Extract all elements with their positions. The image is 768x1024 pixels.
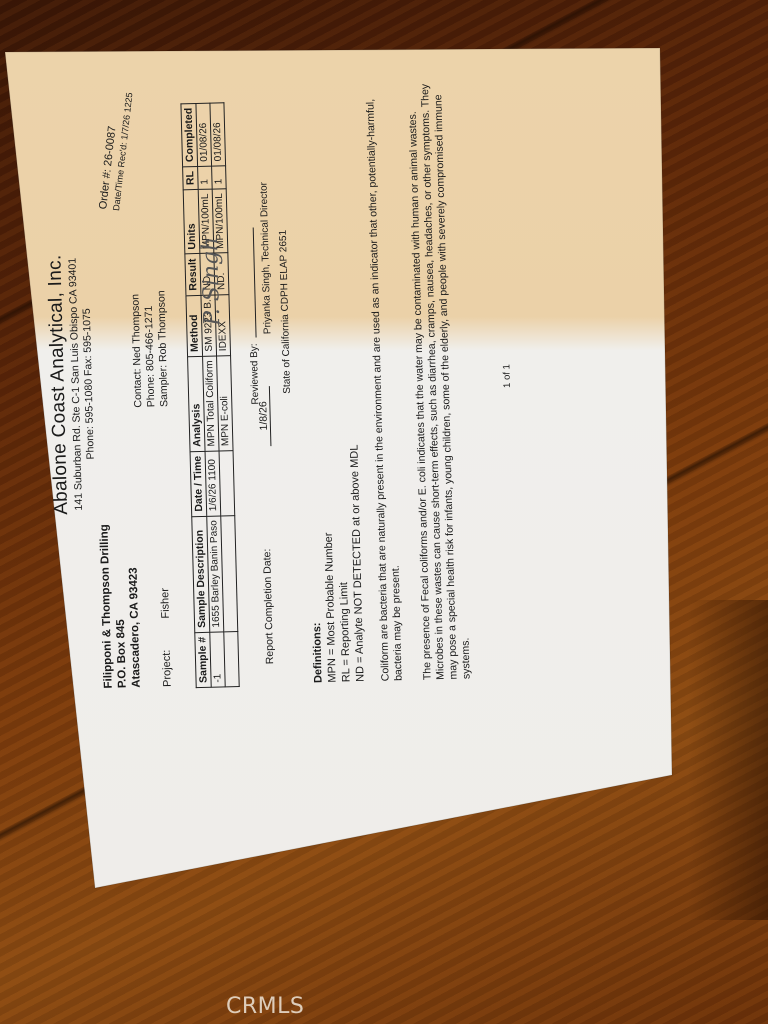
cell bbox=[219, 450, 235, 515]
cell bbox=[221, 515, 238, 632]
certification: State of California CDPH ELAP 2651 bbox=[278, 230, 293, 394]
cell bbox=[224, 631, 239, 686]
cell: -1 bbox=[210, 632, 225, 687]
col-date-time: Date / Time bbox=[190, 451, 207, 516]
results-table: Sample # Sample Description Date / Time … bbox=[180, 102, 239, 688]
signature: P. Singh bbox=[198, 236, 225, 325]
col-completed: Completed bbox=[181, 103, 198, 167]
cell: 1 bbox=[212, 166, 227, 189]
definitions: Definitions: MPN = Most Probable Number … bbox=[305, 444, 367, 683]
sampler-name: Sampler: Rob Thompson bbox=[155, 290, 171, 407]
col-rl: RL bbox=[183, 166, 199, 189]
cell: 01/08/26 bbox=[210, 102, 226, 166]
reviewer-name: Priyanka Singh, Technical Director bbox=[259, 182, 274, 334]
completion-label: Report Completion Date: bbox=[261, 549, 276, 665]
watermark: CRMLS bbox=[226, 994, 304, 1019]
page-number: 1 of 1 bbox=[501, 364, 513, 388]
col-sample-number: Sample # bbox=[195, 632, 211, 687]
project-line: Project: Fisher bbox=[158, 560, 173, 687]
client-address: Filipponi & Thompson Drilling P.O. Box 8… bbox=[97, 523, 143, 688]
project-label: Project: bbox=[161, 649, 174, 687]
lab-header: Abalone Coast Analytical, Inc. 141 Subur… bbox=[43, 219, 100, 550]
report-completion: Report Completion Date: 1/8/26 bbox=[257, 386, 277, 665]
contact-block: Contact: Ned Thompson Phone: 805-466-127… bbox=[129, 290, 171, 408]
cell: 1 bbox=[198, 166, 213, 189]
coliform-paragraph: Coliform are bacteria that are naturally… bbox=[364, 81, 406, 681]
reviewed-label: Reviewed By: bbox=[249, 343, 262, 404]
signature-line bbox=[253, 227, 257, 337]
order-info: Order #: 26-0087 Date/Time Rec'd: 1/7/26… bbox=[97, 90, 134, 211]
project-value: Fisher bbox=[159, 588, 172, 619]
reviewed-by: Reviewed By: bbox=[246, 227, 262, 404]
fecal-paragraph: The presence of Fecal coliforms and/or E… bbox=[406, 79, 474, 680]
lab-report-document: Abalone Coast Analytical, Inc. 141 Subur… bbox=[33, 46, 590, 700]
client-address-line2: Atascadero, CA 93423 bbox=[125, 523, 143, 687]
cell: MPN E-coli bbox=[217, 355, 233, 450]
